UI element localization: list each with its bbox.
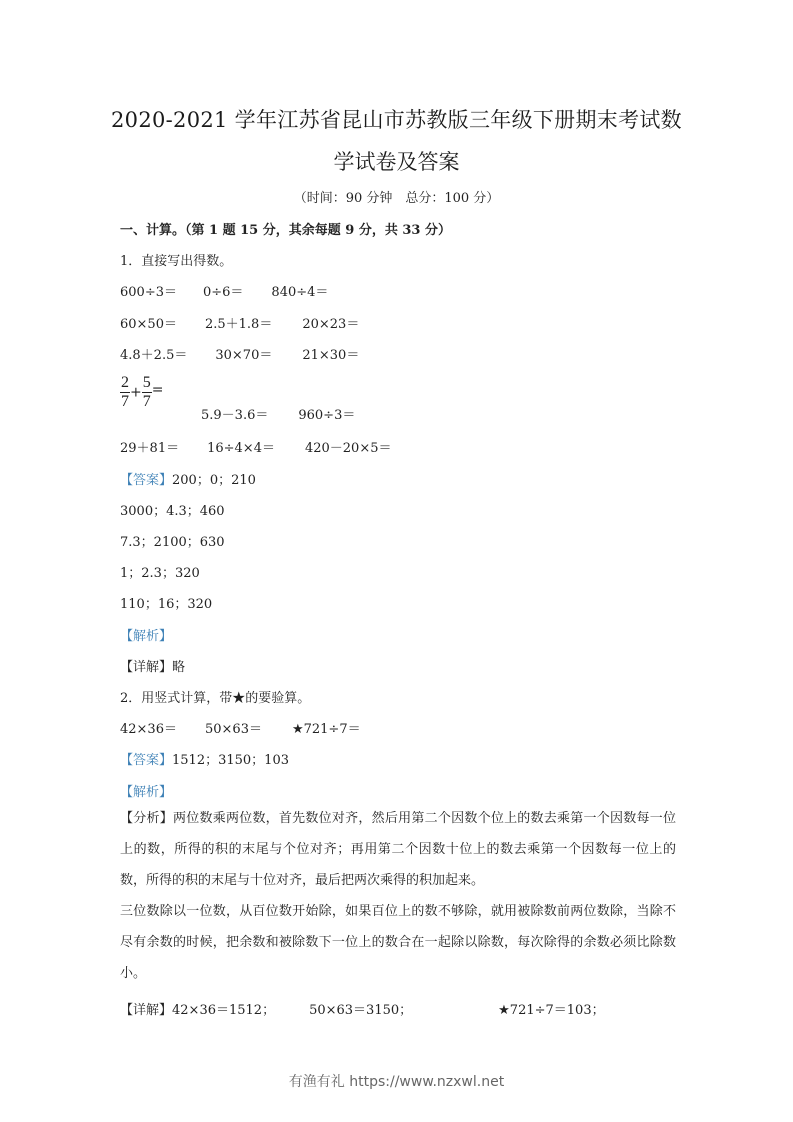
q1-answer-line-4: 1；2.3；320 xyxy=(120,562,200,581)
q2-answer: 【答案】1512；3150；103 xyxy=(120,749,289,768)
q1-expr: 600÷3＝ xyxy=(120,285,177,300)
q1-expr: 30×70＝ xyxy=(215,348,272,363)
q1-answer-line-3: 7.3；2100；630 xyxy=(120,531,225,550)
q1-expr: 420－20×5＝ xyxy=(305,441,392,456)
detail-text: 略 xyxy=(172,660,185,675)
detail-label: 【详解】 xyxy=(120,660,172,675)
q2-analysis-paragraph-1: 【分析】两位数乘两位数，首先数位对齐，然后用第二个因数个位上的数去乘第一个因数每… xyxy=(120,803,676,896)
q1-expr: 4.8＋2.5＝ xyxy=(120,348,187,363)
q1-answer-line-1: 【答案】200；0；210 xyxy=(120,469,256,488)
q1-row-3: 4.8＋2.5＝30×70＝21×30＝ xyxy=(120,344,359,363)
q2-expr: ★721÷7＝ xyxy=(292,722,361,737)
document-title-line1: 2020-2021 学年江苏省昆山市苏教版三年级下册期末考试数 xyxy=(0,104,793,134)
q1-fraction-expression: 27+57= xyxy=(120,374,163,411)
q1-expr: 20×23＝ xyxy=(302,317,359,332)
q1-detail: 【详解】略 xyxy=(120,656,185,675)
q2-analysis-paragraph-2: 三位数除以一位数，从百位数开始除，如果百位上的数不够除，就用被除数前两位数除，当… xyxy=(120,896,676,989)
document-title-line2: 学试卷及答案 xyxy=(0,146,793,176)
q1-row-1: 600÷3＝0÷6＝840÷4＝ xyxy=(120,281,328,300)
q1-row-4: 5.9－3.6＝960÷3＝ xyxy=(201,404,355,423)
answer-text: 200；0；210 xyxy=(172,473,256,488)
q2-analysis-label: 【解析】 xyxy=(120,781,172,800)
q1-expr: 0÷6＝ xyxy=(203,285,243,300)
fenxi-text: 两位数乘两位数，首先数位对齐，然后用第二个因数个位上的数去乘第一个因数每一位上的… xyxy=(120,811,676,888)
footer-watermark: 有渔有礼 https://www.nzxwl.net xyxy=(0,1071,793,1091)
q1-answer-line-2: 3000；4.3；460 xyxy=(120,500,225,519)
q1-row-5: 29＋81＝16÷4×4＝420－20×5＝ xyxy=(120,437,392,456)
q1-expr: 16÷4×4＝ xyxy=(207,441,275,456)
answer-label: 【答案】 xyxy=(120,473,172,488)
question-2-prompt: 2．用竖式计算，带★的要验算。 xyxy=(120,687,310,706)
q2-expr: 50×63＝ xyxy=(205,722,262,737)
q1-expr: 29＋81＝ xyxy=(120,441,179,456)
document-page: 2020-2021 学年江苏省昆山市苏教版三年级下册期末考试数 学试卷及答案 （… xyxy=(0,0,793,1122)
q2-row: 42×36＝50×63＝★721÷7＝ xyxy=(120,718,361,737)
q1-answer-line-5: 110；16；320 xyxy=(120,593,212,612)
exam-time-and-score: （时间：90 分钟 总分：100 分） xyxy=(0,187,793,206)
fraction-five-sevenths: 57 xyxy=(142,374,152,411)
detail-item: ★721÷7＝103； xyxy=(498,1003,604,1018)
detail-item: 42×36＝1512； xyxy=(172,1003,275,1018)
detail-item: 50×63＝3150； xyxy=(309,1003,412,1018)
q1-expr: 840÷4＝ xyxy=(271,285,328,300)
q1-row-2: 60×50＝2.5＋1.8＝20×23＝ xyxy=(120,313,359,332)
q1-expr: 21×30＝ xyxy=(302,348,359,363)
question-1-prompt: 1．直接写出得数。 xyxy=(120,250,232,269)
fraction-two-sevenths: 27 xyxy=(120,374,130,411)
q2-detail: 【详解】42×36＝1512；50×63＝3150；★721÷7＝103； xyxy=(120,999,605,1018)
answer-label: 【答案】 xyxy=(120,753,172,768)
q1-analysis-label: 【解析】 xyxy=(120,625,172,644)
detail-label: 【详解】 xyxy=(120,1003,172,1018)
fenxi-label: 【分析】 xyxy=(120,811,173,826)
section-heading-calculation: 一、计算。（第 1 题 15 分，其余每题 9 分，共 33 分） xyxy=(120,219,451,238)
q1-expr: 960÷3＝ xyxy=(298,408,355,423)
q2-expr: 42×36＝ xyxy=(120,722,177,737)
q1-expr: 5.9－3.6＝ xyxy=(201,408,268,423)
q1-expr: 60×50＝ xyxy=(120,317,177,332)
q1-expr: 2.5＋1.8＝ xyxy=(205,317,272,332)
answer-text: 1512；3150；103 xyxy=(172,753,289,768)
